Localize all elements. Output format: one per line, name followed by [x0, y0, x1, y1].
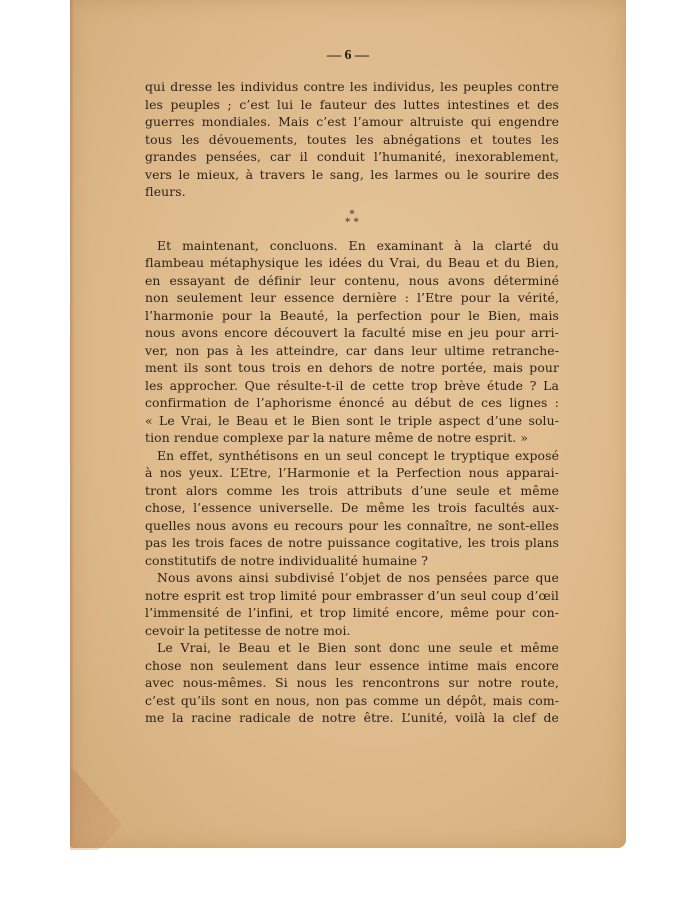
text-line: ment ils sont tous trois en dehors de no… — [145, 359, 559, 377]
folded-corner — [70, 765, 122, 850]
text-line: Nous avons ainsi subdivisé l’objet de no… — [145, 569, 559, 587]
text-line: me la racine radicale de notre être. L’u… — [145, 709, 559, 727]
text-line: l’immensité de l’infini, et trop limité … — [145, 604, 559, 622]
paragraph-2: Et maintenant, concluons. En examinant à… — [145, 237, 559, 447]
text-line: guerres mondiales. Mais c’est l’amour al… — [145, 113, 559, 131]
text-line: nous avons encore découvert la faculté m… — [145, 324, 559, 342]
page-number: — 6 — — [70, 48, 626, 64]
paragraph-4: Nous avons ainsi subdivisé l’objet de no… — [145, 569, 559, 639]
text-line: avec nous-mêmes. Si nous les rencontrons… — [145, 674, 559, 692]
text-line: chose non seulement dans leur essence in… — [145, 657, 559, 675]
text-line: en essayant de définir leur contenu, nou… — [145, 272, 559, 290]
text-line: tront alors comme les trois attributs d’… — [145, 482, 559, 500]
text-line: quelles nous avons eu recours pour les c… — [145, 517, 559, 535]
text-line: Et maintenant, concluons. En examinant à… — [145, 237, 559, 255]
text-line: l’harmonie pour la Beauté, la perfection… — [145, 307, 559, 325]
paragraph-3: En effet, synthétisons en un seul concep… — [145, 447, 559, 570]
text-line: Le Vrai, le Beau et le Bien sont donc un… — [145, 639, 559, 657]
text-line: pas les trois faces de notre puissance c… — [145, 534, 559, 552]
text-line: En effet, synthétisons en un seul concep… — [145, 447, 559, 465]
text-line: tion rendue complexe par la nature même … — [145, 429, 559, 447]
separator-stars-bottom: * * — [145, 219, 559, 227]
text-line: tous les dévouements, toutes les abnégat… — [145, 131, 559, 149]
text-line: chose, l’essence universelle. De même le… — [145, 499, 559, 517]
text-line: grandes pensées, car il conduit l’humani… — [145, 148, 559, 166]
text-line: les peuples ; c’est lui le fauteur des l… — [145, 96, 559, 114]
text-line: ver, non pas à les atteindre, car dans l… — [145, 342, 559, 360]
paragraph-5: Le Vrai, le Beau et le Bien sont donc un… — [145, 639, 559, 727]
text-line: flambeau métaphysique les idées du Vrai,… — [145, 254, 559, 272]
section-separator: * * * — [145, 201, 559, 237]
text-line: confirmation de l’aphorisme énoncé au dé… — [145, 394, 559, 412]
text-line: les approcher. Que résulte-t-il de cette… — [145, 377, 559, 395]
text-line: vers le mieux, à travers le sang, les la… — [145, 166, 559, 184]
text-line: fleurs. — [145, 183, 559, 201]
text-line: notre esprit est trop limité pour embras… — [145, 587, 559, 605]
text-line: non seulement leur essence dernière : l’… — [145, 289, 559, 307]
body-text: qui dresse les individus contre les indi… — [145, 78, 559, 727]
text-line: à nos yeux. L’Etre, l’Harmonie et la Per… — [145, 464, 559, 482]
paragraph-1: qui dresse les individus contre les indi… — [145, 78, 559, 201]
text-line: cevoir la petitesse de notre moi. — [145, 622, 559, 640]
scanned-page: — 6 — qui dresse les individus contre le… — [70, 0, 626, 848]
text-line: constitutifs de notre individualité huma… — [145, 552, 559, 570]
text-line: « Le Vrai, le Beau et le Bien sont le tr… — [145, 412, 559, 430]
text-line: c’est qu’ils sont en nous, non pas comme… — [145, 692, 559, 710]
text-line: qui dresse les individus contre les indi… — [145, 78, 559, 96]
